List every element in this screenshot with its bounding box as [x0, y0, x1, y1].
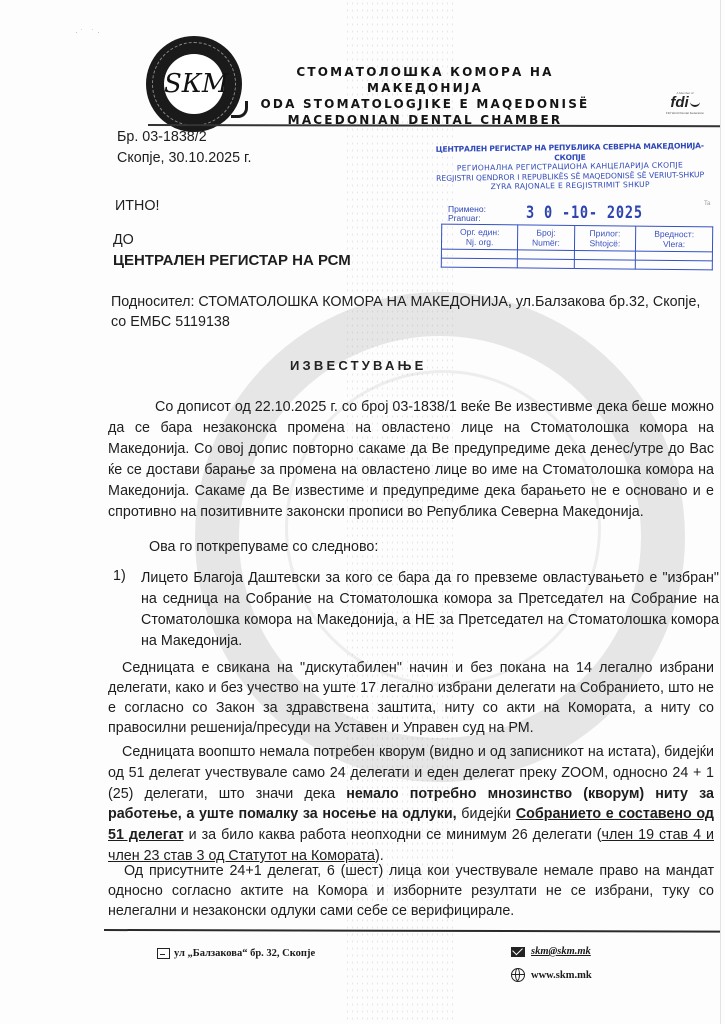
- stamp-table: Орг. един:Nj. org. Број:Numër: Прилог:Sh…: [441, 224, 713, 271]
- stamp-col-value: Вредност:Vlera:: [636, 226, 713, 252]
- globe-icon: [511, 968, 525, 982]
- footer-email[interactable]: skm@skm.mk: [511, 946, 591, 957]
- stamp-side-mark: Ta: [704, 201, 710, 207]
- stamp-col-attachment: Прилог:Shtojcë:: [574, 225, 636, 251]
- footer-website[interactable]: www.skm.mk: [511, 968, 592, 982]
- stamp-col-number: Број:Numër:: [518, 225, 575, 251]
- received-date: 3 0 -10- 2025: [526, 203, 643, 223]
- org-name-sq: ODA STOMATOLOGJIKE E MAQEDONISË: [250, 96, 600, 112]
- website-link[interactable]: www.skm.mk: [531, 970, 592, 981]
- list-number: 1): [113, 568, 126, 584]
- urgent-label: ИТНО!: [115, 196, 159, 216]
- mailbox-icon: [157, 948, 170, 959]
- list-text: Лицето Благоја Даштевски за кого се бара…: [141, 568, 719, 652]
- stamp-col-org-unit: Орг. един:Nj. org.: [441, 224, 517, 250]
- email-link[interactable]: skm@skm.mk: [531, 946, 591, 957]
- fdi-swoosh-icon: [690, 99, 700, 107]
- place-date: Скопје, 30.10.2025 г.: [117, 148, 251, 169]
- scan-speck: ·˙ ˙·: [75, 28, 103, 37]
- registry-stamp: ЦЕНТРАЛЕН РЕГИСТАР НА РЕПУБЛИКА СЕВЕРНА …: [424, 143, 716, 191]
- organization-names: СТОМАТОЛОШКА КОМОРА НА МАКЕДОНИЈА ODA ST…: [250, 64, 600, 128]
- logo-monogram: ЅКМ: [164, 54, 224, 114]
- document-title: ИЗВЕСТУВАЊЕ: [290, 358, 426, 373]
- lead-in: Ова го поткрепуваме со следново:: [149, 537, 378, 557]
- fdi-logo: A Member of fdi FDI World Dental Federat…: [655, 91, 715, 115]
- paragraph-session: Седницата е свикана на "дискутабилен" на…: [108, 658, 714, 738]
- footer-address: ул „Балзакова“ бр. 32, Скопје: [157, 948, 315, 959]
- envelope-icon: [511, 947, 525, 957]
- scan-edge: [720, 0, 721, 1024]
- submitter: Подносител: СТОМАТОЛОШКА КОМОРА НА МАКЕД…: [111, 292, 711, 332]
- paragraph-intro: Со дописот од 22.10.2025 г. со број 03-1…: [108, 397, 714, 523]
- org-name-mk: СТОМАТОЛОШКА КОМОРА НА МАКЕДОНИЈА: [250, 64, 600, 96]
- reference-number: Бр. 03-1838/2: [117, 127, 251, 148]
- chamber-logo-icon: ЅКМ: [146, 36, 242, 132]
- fdi-mark: fdi: [670, 94, 688, 111]
- received-label: Примено: Pranuar:: [448, 205, 486, 223]
- document-page: ·˙ ˙· ЅКМ СТОМАТОЛОШКА КОМОРА НА МАКЕДОН…: [0, 0, 725, 1024]
- to-label: ДО: [113, 230, 134, 250]
- paragraph-mandates: Од присутните 24+1 делегат, 6 (шест) лиц…: [108, 861, 714, 921]
- recipient: ЦЕНТРАЛЕН РЕГИСТАР НА РСМ: [113, 251, 351, 271]
- paragraph-quorum: Седницата воопшто немала потребен кворум…: [108, 742, 714, 867]
- reference-block: Бр. 03-1838/2 Скопје, 30.10.2025 г.: [117, 127, 251, 169]
